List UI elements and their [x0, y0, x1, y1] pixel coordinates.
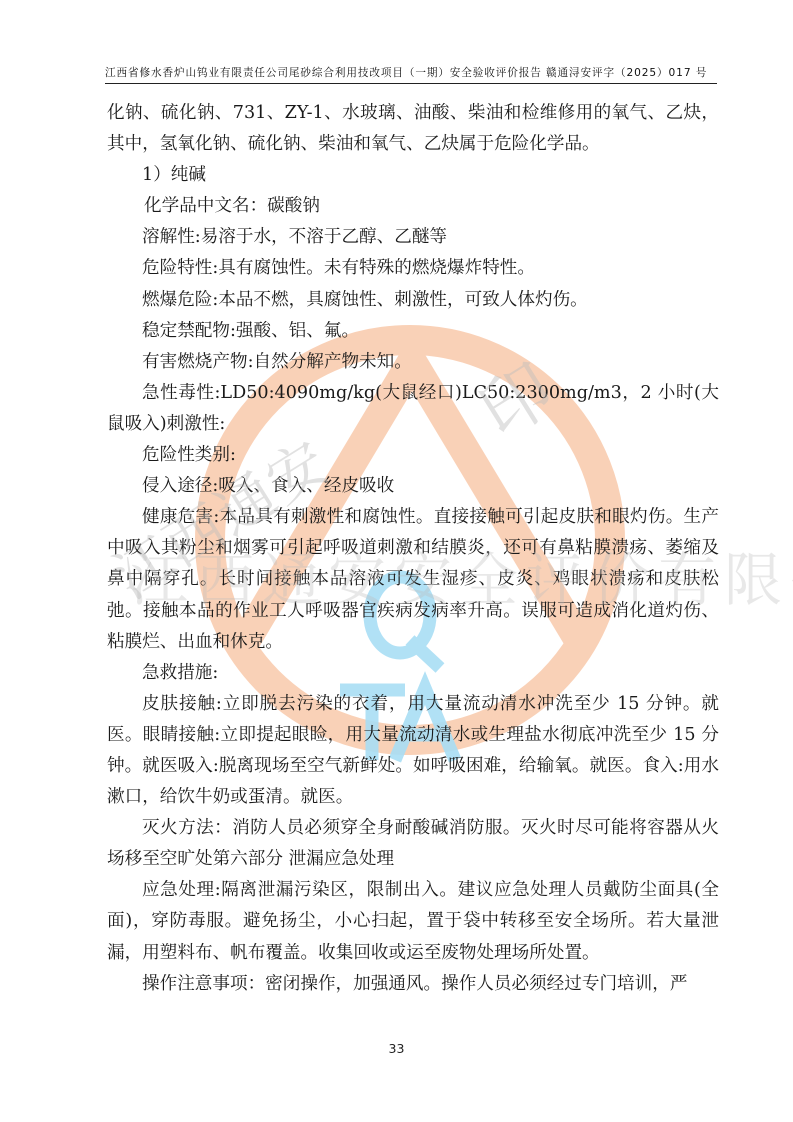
paragraph: 有害燃烧产物:自然分解产物未知。	[107, 347, 719, 378]
paragraph: 健康危害:本品具有刺激性和腐蚀性。直接接触可引起皮肤和眼灼伤。生产中吸入其粉尘和…	[107, 502, 719, 657]
paragraph: 燃爆危险:本品不燃，具腐蚀性、刺激性，可致人体灼伤。	[107, 285, 719, 316]
paragraph: 皮肤接触:立即脱去污染的衣着，用大量流动清水冲洗至少 15 分钟。就医。眼睛接触…	[107, 689, 719, 813]
document-body: 化钠、硫化钠、731、ZY-1、水玻璃、油酸、柴油和检维修用的氧气、乙炔，其中，…	[107, 98, 719, 1000]
section-heading: 1）纯碱	[107, 160, 719, 191]
paragraph: 灭火方法：消防人员必须穿全身耐酸碱消防服。灭火时尽可能将容器从火场移至空旷处第六…	[107, 813, 719, 875]
paragraph: 溶解性:易溶于水，不溶于乙醇、乙醚等	[107, 222, 719, 253]
paragraph: 急救措施:	[107, 658, 719, 689]
paragraph: 侵入途径:吸入、食入、经皮吸收	[107, 471, 719, 502]
page-number: 33	[0, 1041, 793, 1056]
paragraph: 化学品中文名：碳酸钠	[107, 191, 719, 222]
paragraph: 稳定禁配物:强酸、铝、氟。	[107, 316, 719, 347]
paragraph: 化钠、硫化钠、731、ZY-1、水玻璃、油酸、柴油和检维修用的氧气、乙炔，其中，…	[107, 98, 719, 160]
paragraph: 应急处理:隔离泄漏污染区，限制出入。建议应急处理人员戴防尘面具(全面)，穿防毒服…	[107, 875, 719, 968]
paragraph: 危险特性:具有腐蚀性。未有特殊的燃烧爆炸特性。	[107, 253, 719, 284]
running-header: 江西省修水香炉山钨业有限责任公司尾砂综合利用技改项目（一期）安全验收评价报告 赣…	[105, 64, 717, 84]
paragraph: 危险性类别:	[107, 440, 719, 471]
paragraph: 急性毒性:LD50:4090mg/kg(大鼠经口)LC50:2300mg/m3，…	[107, 378, 719, 440]
paragraph: 操作注意事项：密闭操作，加强通风。操作人员必须经过专门培训，严	[107, 969, 719, 1000]
